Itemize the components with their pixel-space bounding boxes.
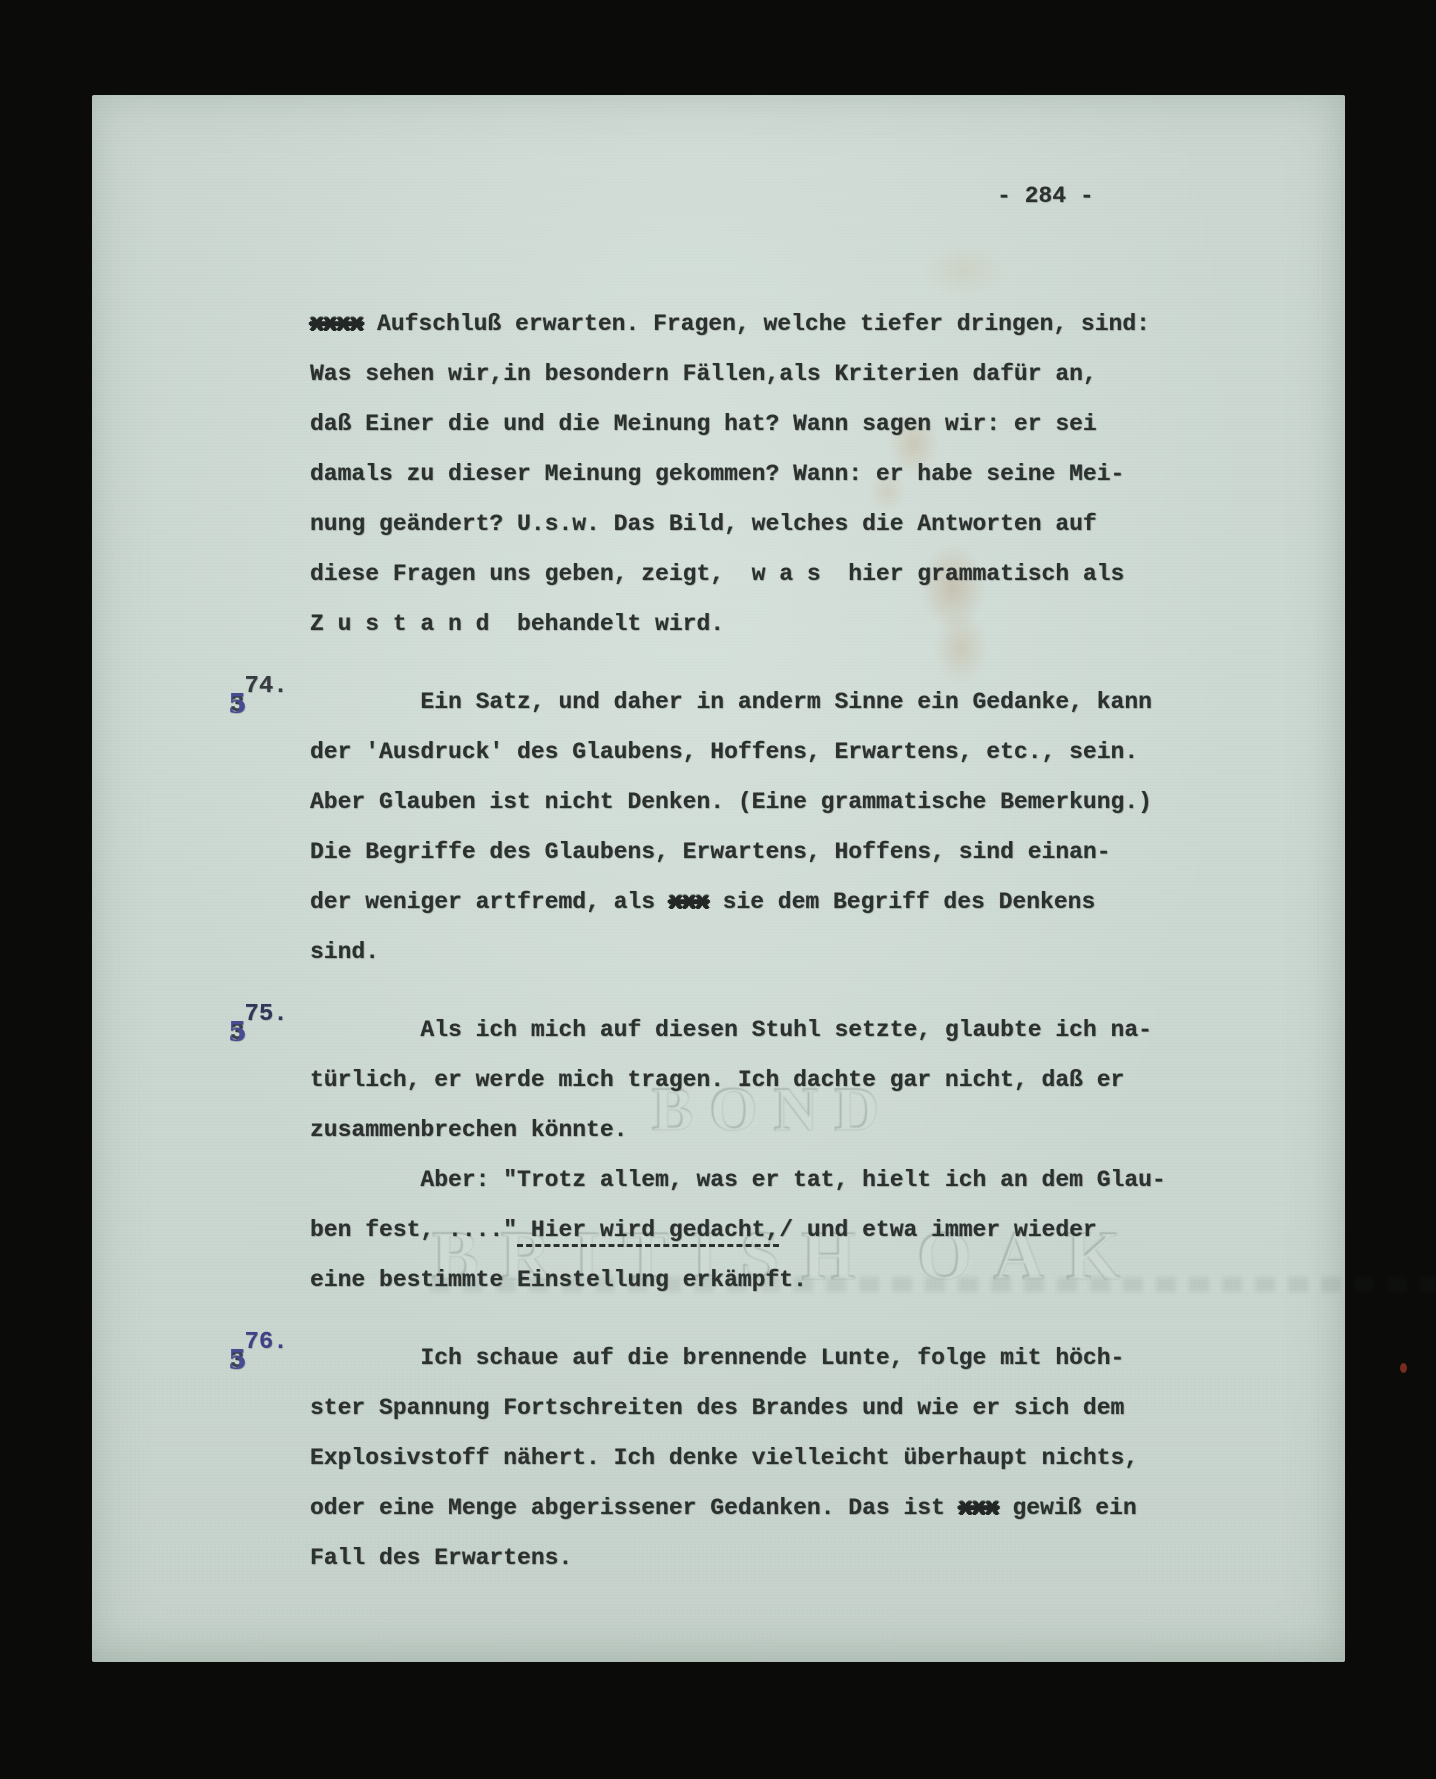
text-line: Die Begriffe des Glaubens, Erwartens, Ho… [310, 827, 1210, 877]
text-line: Z u s t a n d behandelt wird. [310, 599, 1210, 649]
text-segment: Was sehen wir,in besondern Fällen,als Kr… [310, 361, 1097, 387]
text-segment: türlich, er werde mich tragen. Ich dacht… [310, 1067, 1124, 1093]
text-line: Als ich mich auf diesen Stuhl setzte, gl… [310, 1005, 1210, 1055]
text-line: sind. [310, 927, 1210, 977]
text-segment: Aufschluß erwarten. Fragen, welche tiefe… [363, 311, 1150, 337]
text-segment: damals zu dieser Meinung gekommen? Wann:… [310, 461, 1124, 487]
paper-stain [922, 243, 1006, 297]
text-line: Ein Satz, und daher in anderm Sinne ein … [310, 677, 1210, 727]
text-line: Fall des Erwartens. [310, 1533, 1210, 1583]
text-segment: / und etwa immer wieder [779, 1217, 1096, 1243]
photo-backdrop: { "meta": { "backdrop_color": "#0b0b0a",… [0, 0, 1436, 1779]
section-number-rest: 75. [245, 1001, 288, 1028]
text-line: Explosivstoff nähert. Ich denke vielleic… [310, 1433, 1210, 1483]
text-segment: Ich schaue auf die brennende Lunte, folg… [310, 1345, 1124, 1371]
text-segment: Als ich mich auf diesen Stuhl setzte, gl… [310, 1017, 1152, 1043]
text-segment: oder eine Menge abgerissener Gedanken. D… [310, 1495, 959, 1521]
text-line: eine bestimmte Einstellung erkämpft. [310, 1255, 1210, 1305]
ink-speck [1400, 1363, 1407, 1373]
text-line: oder eine Menge abgerissener Gedanken. D… [310, 1483, 1210, 1533]
section-number-rest: 74. [245, 673, 288, 700]
section-575: 3575. Als ich mich auf diesen Stuhl setz… [310, 1005, 1210, 1305]
text-segment: sie dem Begriff des Denkens [709, 889, 1095, 915]
text-segment: eine bestimmte Einstellung erkämpft. [310, 1267, 807, 1293]
handwritten-digit: 5 [228, 689, 247, 720]
text-line: nung geändert? U.s.w. Das Bild, welches … [310, 499, 1210, 549]
text-line: xxxx Aufschluß erwarten. Fragen, welche … [310, 299, 1210, 349]
section-number-rest: 76. [245, 1329, 288, 1356]
section-number: 3576. [230, 1329, 288, 1356]
text-segment: Z u s t a n d behandelt wird. [310, 611, 724, 637]
text-segment: ster Spannung Fortschreiten des Brandes … [310, 1395, 1124, 1421]
section-number: 3574. [230, 673, 288, 700]
underlined-phrase: Hier wird gedacht, [517, 1217, 779, 1247]
text-line: daß Einer die und die Meinung hat? Wann … [310, 399, 1210, 449]
text-segment: der weniger artfremd, als [310, 889, 669, 915]
paragraph-continuation: xxxx Aufschluß erwarten. Fragen, welche … [310, 299, 1210, 649]
text-segment: nung geändert? U.s.w. Das Bild, welches … [310, 511, 1097, 537]
text-line: zusammenbrechen könnte. [310, 1105, 1210, 1155]
text-line: der weniger artfremd, als xxx sie dem Be… [310, 877, 1210, 927]
text-line: Aber Glauben ist nicht Denken. (Eine gra… [310, 777, 1210, 827]
text-line: damals zu dieser Meinung gekommen? Wann:… [310, 449, 1210, 499]
text-line: Ich schaue auf die brennende Lunte, folg… [310, 1333, 1210, 1383]
text-segment: Explosivstoff nähert. Ich denke vielleic… [310, 1445, 1138, 1471]
text-segment: Aber Glauben ist nicht Denken. (Eine gra… [310, 789, 1152, 815]
section-576: 3576. Ich schaue auf die brennende Lunte… [310, 1333, 1210, 1583]
text-segment: gewiß ein [999, 1495, 1137, 1521]
text-segment: ben fest, ...." [310, 1217, 517, 1243]
text-line: diese Fragen uns geben, zeigt, w a s hie… [310, 549, 1210, 599]
handwritten-digit: 5 [228, 1017, 247, 1048]
text-line: Was sehen wir,in besondern Fällen,als Kr… [310, 349, 1210, 399]
text-line: der 'Ausdruck' des Glaubens, Hoffens, Er… [310, 727, 1210, 777]
text-line: ben fest, ...." Hier wird gedacht,/ und … [310, 1205, 1210, 1255]
text-segment: Aber: "Trotz allem, was er tat, hielt ic… [310, 1167, 1166, 1193]
section-number: 3575. [230, 1001, 288, 1028]
text-segment: sind. [310, 939, 379, 965]
text-segment: Die Begriffe des Glaubens, Erwartens, Ho… [310, 839, 1111, 865]
page-number: - 284 - [997, 183, 1094, 209]
overtyped-deletion: xxxx [310, 311, 363, 337]
text-segment: Ein Satz, und daher in anderm Sinne ein … [310, 689, 1152, 715]
text-segment: Fall des Erwartens. [310, 1545, 572, 1571]
overtyped-deletion: xxx [959, 1495, 999, 1521]
text-segment: der 'Ausdruck' des Glaubens, Hoffens, Er… [310, 739, 1138, 765]
text-line: türlich, er werde mich tragen. Ich dacht… [310, 1055, 1210, 1105]
section-574: 3574. Ein Satz, und daher in anderm Sinn… [310, 677, 1210, 977]
text-line: ster Spannung Fortschreiten des Brandes … [310, 1383, 1210, 1433]
overtyped-deletion: xxx [669, 889, 709, 915]
typescript-text: xxxx Aufschluß erwarten. Fragen, welche … [310, 299, 1210, 1583]
typescript-page: BOND BRITISH OAK - 284 - xxxx Aufschluß … [92, 95, 1345, 1662]
text-segment: diese Fragen uns geben, zeigt, w a s hie… [310, 561, 1124, 587]
text-segment: zusammenbrechen könnte. [310, 1117, 627, 1143]
text-line: Aber: "Trotz allem, was er tat, hielt ic… [310, 1155, 1210, 1205]
handwritten-digit: 5 [228, 1345, 247, 1376]
text-segment: daß Einer die und die Meinung hat? Wann … [310, 411, 1097, 437]
